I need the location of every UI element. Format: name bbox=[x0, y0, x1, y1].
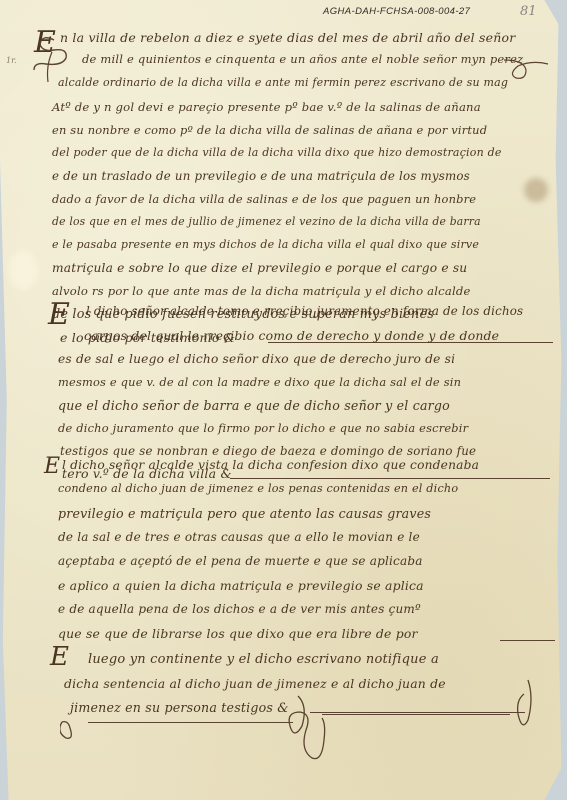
text-line: e de aquella pena de los dichos e a de v… bbox=[58, 602, 421, 616]
text-line: Atº de y n gol devi e pareçio presente p… bbox=[52, 100, 481, 114]
manuscript-page: AGHA-DAH-FCHSA-008-004-27 81 1r. E n la … bbox=[0, 0, 567, 800]
folio-number: 81 bbox=[520, 4, 537, 19]
text-line: l dicho señor alcalde tomo e rreçibio ju… bbox=[86, 304, 523, 318]
text-line: de mill e quinientos e cinquenta e un añ… bbox=[82, 52, 523, 66]
opening-initial-flourish-icon bbox=[30, 28, 90, 88]
text-line: alvolo rs por lo que ante mas de la dich… bbox=[52, 284, 471, 298]
text-line: de los que en el mes de jullio de jimene… bbox=[52, 215, 481, 228]
text-line: de dicho juramento que lo firmo por lo d… bbox=[58, 421, 468, 435]
text-line: n la villa de rebelon a diez e syete dia… bbox=[60, 30, 515, 45]
closing-rule bbox=[500, 640, 555, 641]
water-stain bbox=[8, 250, 38, 290]
margin-note: 1r. bbox=[6, 56, 17, 65]
text-line: mesmos e que v. de al con la madre e dix… bbox=[58, 375, 461, 389]
text-line: que se que de librarse los que dixo que … bbox=[58, 626, 418, 641]
archive-reference: AGHA-DAH-FCHSA-008-004-27 bbox=[323, 6, 470, 17]
margin-flourish-icon bbox=[498, 50, 558, 90]
text-line: e le pasaba presente en mys dichos de la… bbox=[52, 238, 479, 251]
text-line: condeno al dicho juan de jimenez e los p… bbox=[58, 482, 458, 495]
paragraph-initial: E bbox=[44, 456, 60, 478]
closing-rule bbox=[230, 478, 550, 479]
text-line: en su nonbre e como pº de la dicha villa… bbox=[52, 123, 487, 137]
text-line: açeptaba e açeptó de el pena de muerte e… bbox=[58, 554, 423, 568]
text-line: dado a favor de la dicha villa de salina… bbox=[52, 192, 476, 206]
text-line: cargos del qual le rreçibio como de dere… bbox=[84, 328, 499, 343]
text-line: alcalde ordinario de la dicha villa e an… bbox=[58, 76, 508, 89]
ink-stain bbox=[524, 178, 548, 202]
text-line: del poder que de la dicha villa de la di… bbox=[52, 146, 502, 159]
text-line: testigos que se nonbran e diego de baeza… bbox=[60, 444, 476, 458]
text-line: e de un traslado de un previlegio e de u… bbox=[52, 169, 470, 183]
text-line: e aplico a quien la dicha matriçula e pr… bbox=[58, 578, 424, 593]
text-line: previlegio e matriçula pero que atento l… bbox=[58, 506, 431, 521]
text-line: es de sal e luego el dicho señor dixo qu… bbox=[58, 352, 455, 366]
paragraph-initial: E bbox=[48, 300, 70, 330]
text-line: de la sal e de tres e otras causas que a… bbox=[58, 530, 420, 544]
text-line: que el dicho señor de barra e que de dic… bbox=[58, 398, 450, 413]
text-line: matriçula e sobre lo que dize el previle… bbox=[52, 261, 467, 275]
notary-flourish-icon bbox=[60, 660, 540, 760]
text-line: l dicho señor alcalde vista la dicha con… bbox=[62, 458, 479, 472]
